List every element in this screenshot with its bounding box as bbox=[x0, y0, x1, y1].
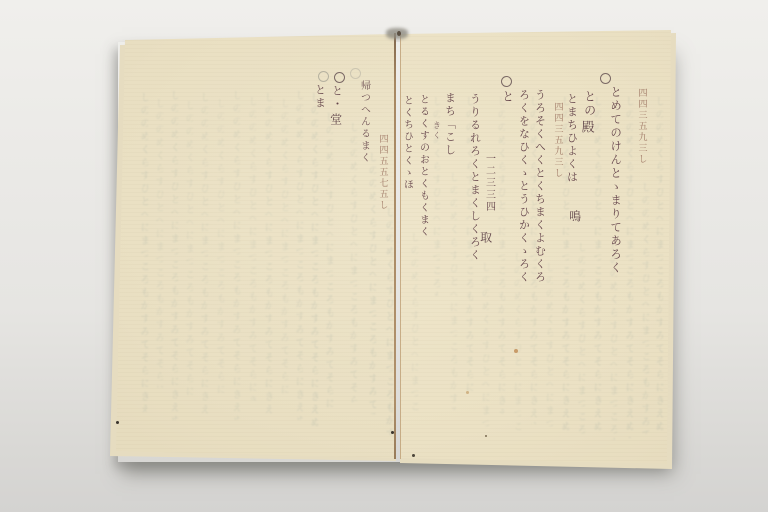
ink-speck bbox=[391, 431, 394, 434]
ink-speck bbox=[116, 421, 119, 424]
ink-column-numerals: 四四五五七五し bbox=[377, 134, 386, 211]
ink-column: ろくをなひくゝとうひかくゝろく bbox=[518, 89, 530, 284]
ink-column: と bbox=[501, 90, 514, 104]
rust-stain bbox=[466, 391, 469, 394]
ink-column-numerals: 四四三五九三し bbox=[636, 88, 645, 165]
ink-column: とくちひとくゝほ bbox=[401, 95, 412, 191]
ink-column: まち「こし bbox=[444, 92, 456, 157]
ink-column: との bbox=[583, 90, 596, 118]
ink-column: とるくすのおとくもくまく bbox=[417, 94, 428, 238]
ink-speck bbox=[412, 454, 415, 457]
circle-marker-icon bbox=[334, 72, 345, 83]
ink-column: と・ bbox=[331, 85, 343, 111]
ink-column: とめてのけんとゝまりてあろく bbox=[610, 86, 622, 275]
ink-column: とまちひよくは bbox=[566, 93, 578, 184]
kanji-heading: 鳴 bbox=[568, 210, 581, 224]
rust-stain bbox=[514, 349, 518, 353]
ink-column-numerals: 一二三三四 bbox=[483, 153, 494, 213]
circle-marker-icon bbox=[350, 68, 361, 79]
ink-column: 帰つへんるまく bbox=[358, 80, 369, 164]
kanji-heading: 殿 bbox=[579, 120, 593, 135]
circle-marker-icon bbox=[600, 73, 611, 84]
ink-annotation: きく bbox=[432, 121, 440, 141]
ink-column: うろそくへくとくちまくよむくろ bbox=[534, 89, 546, 284]
binding-thread-icon bbox=[397, 31, 401, 36]
circle-marker-icon bbox=[501, 76, 512, 87]
ink-column: とま bbox=[314, 84, 326, 110]
ink-speck bbox=[485, 435, 487, 437]
page-gutter bbox=[394, 33, 396, 459]
ink-column: うりるれろくとまくしくろく bbox=[469, 93, 481, 262]
kanji-heading: 堂 bbox=[329, 113, 342, 127]
manuscript-photo: しののめくらすひとへにまつころもかすみてそらにきえぬへしらくものうちにとふらひく… bbox=[0, 0, 768, 512]
ink-column-numerals: 四四三五九三し bbox=[552, 102, 561, 179]
circle-marker-icon bbox=[318, 71, 329, 82]
